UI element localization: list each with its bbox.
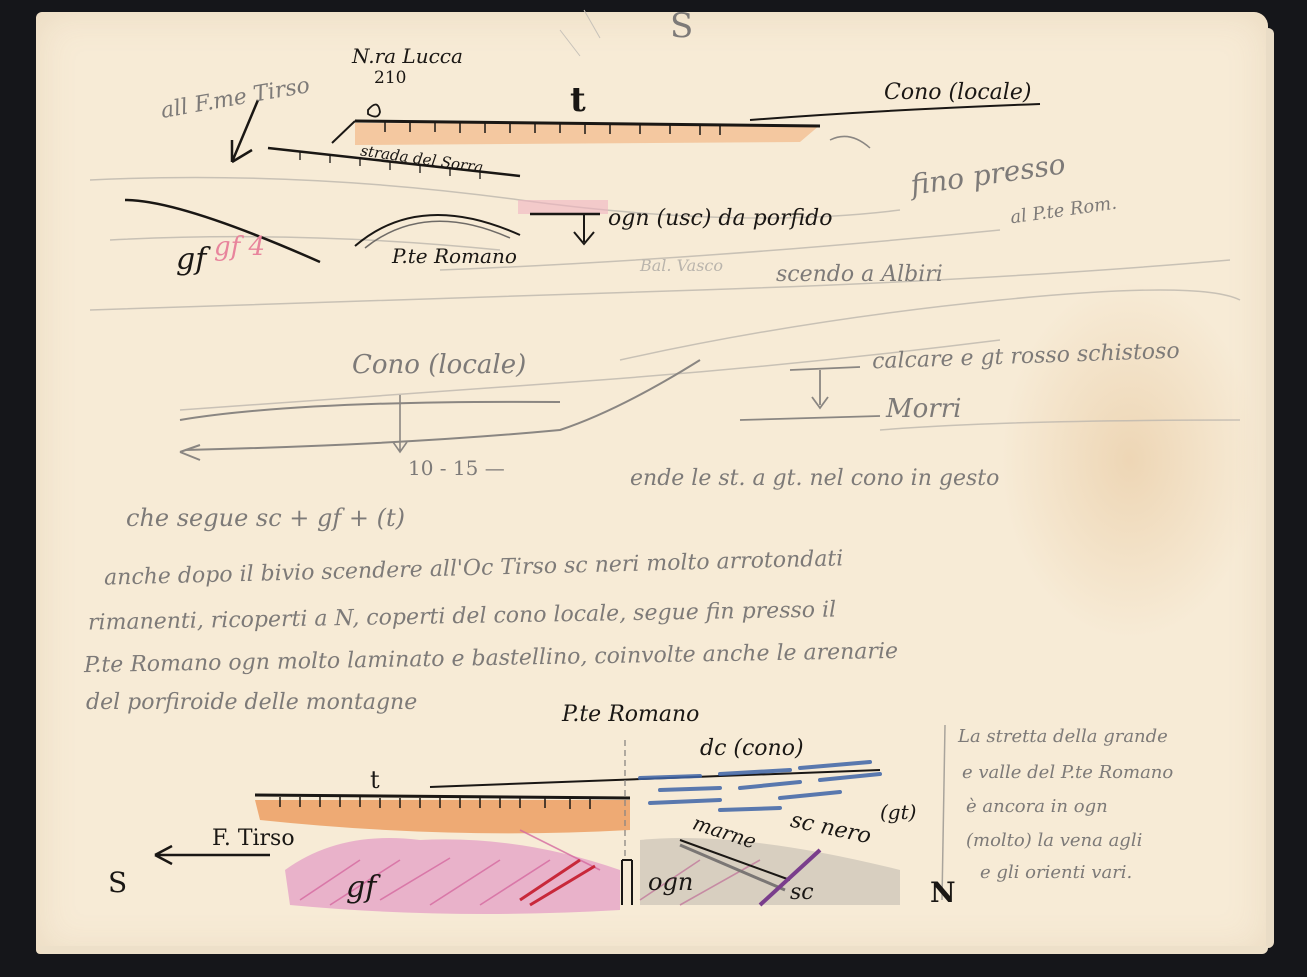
ende-label: ende le st. a gt. nel cono in gesto	[630, 466, 999, 491]
elevation-label: 210	[374, 68, 406, 88]
compass-south-top: S	[670, 6, 693, 46]
note-line-1: che segue sc + gf + (t)	[126, 504, 405, 532]
unit-t-label-bottom: t	[370, 766, 380, 794]
scale-label: 10 - 15 —	[408, 456, 505, 480]
scendo-label: scendo a Albiri	[776, 262, 943, 287]
side-note-line-4: (molto) la vena agli	[966, 830, 1142, 851]
side-note-line-1: La stretta della grande	[958, 726, 1168, 747]
sc-label-bottom: sc	[790, 880, 814, 905]
dc-cono-label: dc (cono)	[700, 736, 804, 761]
gf-label-top: gf	[176, 242, 206, 277]
cono-locale-label-middle: Cono (locale)	[352, 350, 526, 380]
compass-south-bottom: S	[108, 866, 127, 899]
morri-label: Morri	[886, 394, 961, 424]
ogn-porfido-label: ogn (usc) da porfido	[608, 206, 832, 231]
middle-cross-section	[180, 360, 880, 460]
top-cross-section	[125, 10, 1040, 262]
compass-north-bottom: N	[930, 876, 956, 909]
gt-label: (gt)	[880, 800, 916, 824]
ponte-romano-label-top: P.te Romano	[392, 244, 517, 268]
gf-label-bottom: gf	[346, 870, 376, 905]
side-note-line-3: è ancora in ogn	[966, 796, 1108, 817]
cono-locale-label: Cono (locale)	[884, 80, 1031, 105]
peak-label: N.ra Lucca	[352, 44, 463, 68]
ponte-romano-label-bottom: P.te Romano	[562, 702, 699, 727]
faint-red-label: gf 4	[214, 232, 265, 262]
side-note-line-5: e gli orienti vari.	[980, 862, 1132, 883]
side-note-line-2: e valle del P.te Romano	[962, 762, 1173, 783]
ogn-label-bottom: ogn	[648, 868, 693, 896]
unit-t-label: t	[570, 80, 586, 120]
note-line-5: del porfiroide delle montagne	[86, 690, 417, 715]
faint-bleedthrough-label: Bal. Vasco	[640, 256, 723, 275]
river-tirso-label: F. Tirso	[212, 826, 295, 851]
